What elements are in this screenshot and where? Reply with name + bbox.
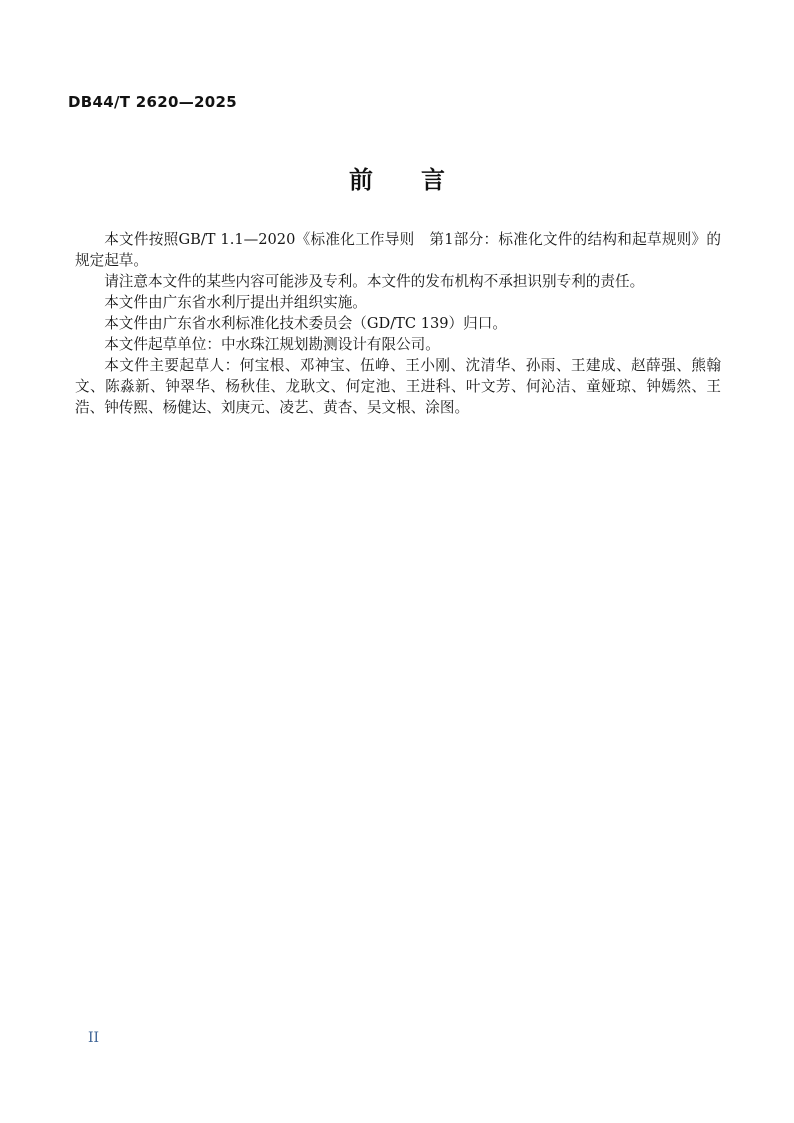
doc-number: DB44/T 2620—2025	[68, 93, 237, 111]
paragraph: 本文件主要起草人：何宝根、邓神宝、伍峥、王小刚、沈清华、孙雨、王建成、赵薛强、熊…	[75, 355, 721, 418]
document-page: DB44/T 2620—2025 前 言 本文件按照GB/T 1.1—2020《…	[0, 0, 794, 1123]
page-title: 前 言	[0, 160, 794, 195]
page-number: II	[88, 1030, 99, 1046]
body-text: 本文件按照GB/T 1.1—2020《标准化工作导则 第1部分：标准化文件的结构…	[75, 229, 721, 418]
paragraph: 本文件由广东省水利标准化技术委员会（GD/TC 139）归口。	[75, 313, 721, 334]
paragraph: 请注意本文件的某些内容可能涉及专利。本文件的发布机构不承担识别专利的责任。	[75, 271, 721, 292]
paragraph: 本文件由广东省水利厅提出并组织实施。	[75, 292, 721, 313]
paragraph: 本文件起草单位：中水珠江规划勘测设计有限公司。	[75, 334, 721, 355]
paragraph: 本文件按照GB/T 1.1—2020《标准化工作导则 第1部分：标准化文件的结构…	[75, 229, 721, 271]
